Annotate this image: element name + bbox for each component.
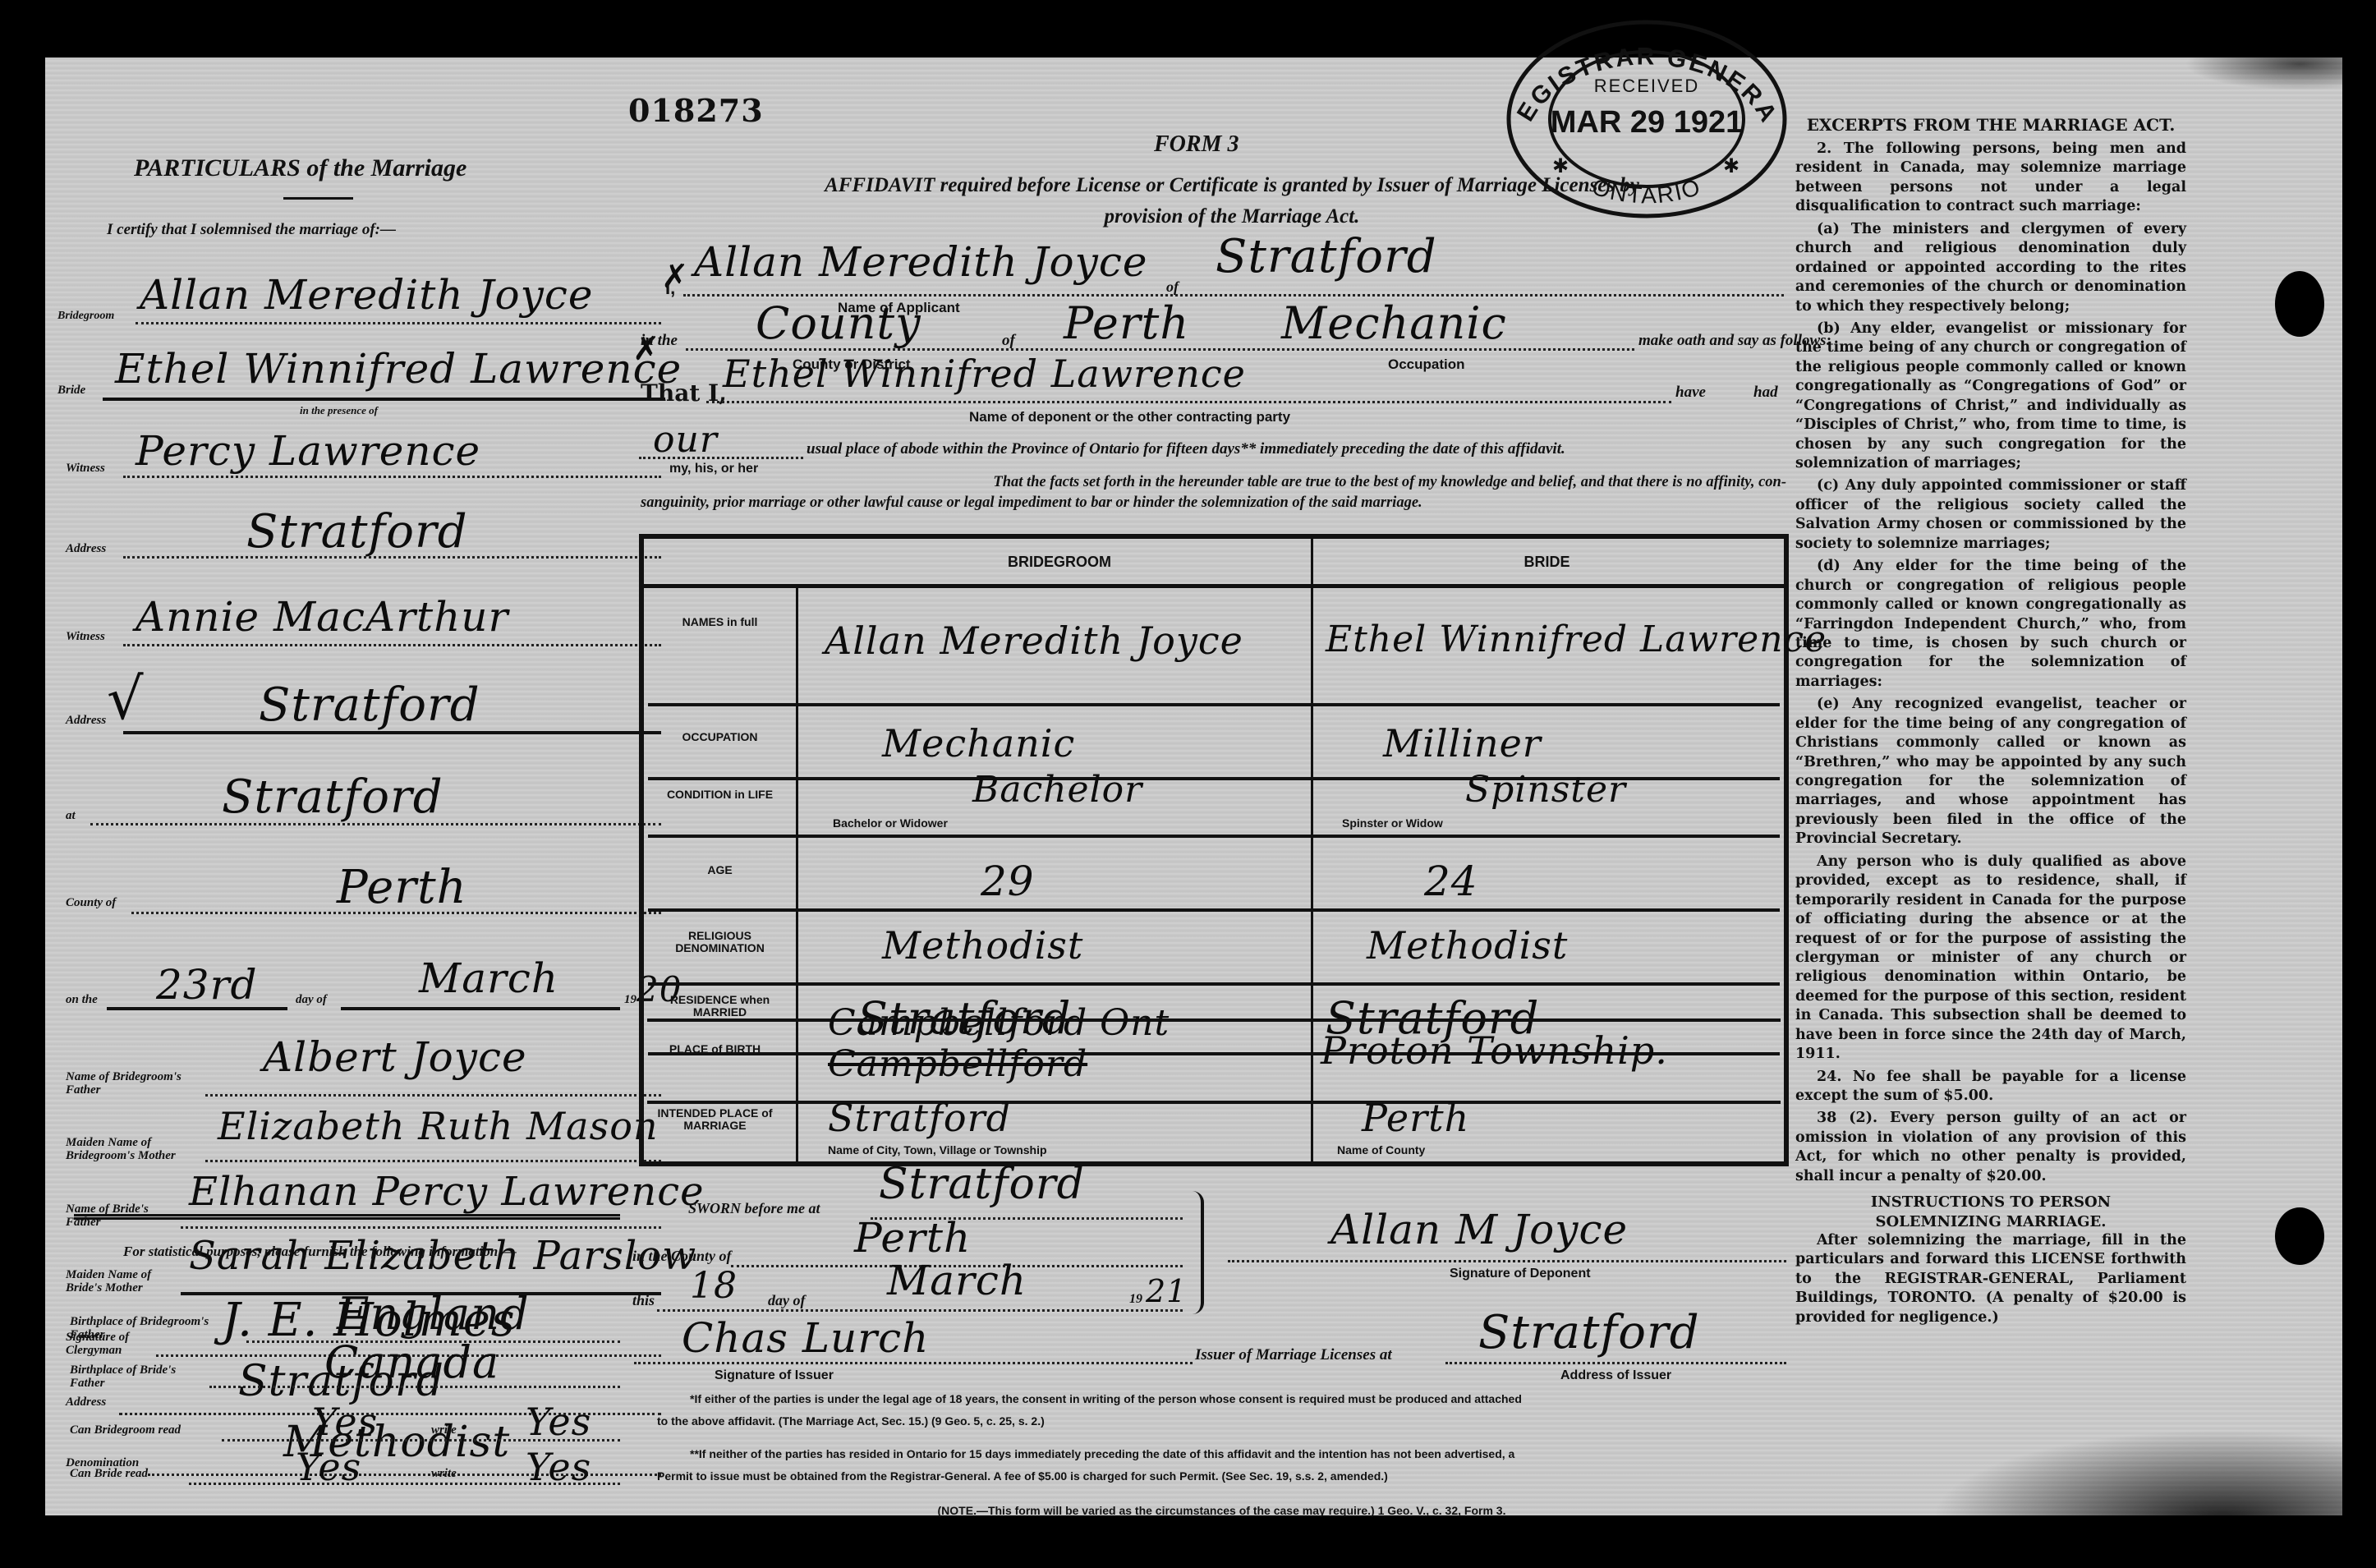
bridegroom-father-value: Albert Joyce (263, 1033, 527, 1081)
bride-mother-label: Maiden Name of Bride's Mother (66, 1269, 181, 1295)
bridegroom-father-field: Name of Bridegroom's Father Albert Joyce (57, 1051, 682, 1109)
bride-mother-value: Sarah Elizabeth Parslow (189, 1233, 696, 1279)
marriage-day-value: 23rd (156, 961, 258, 1009)
in-presence-label: in the presence of (300, 405, 378, 416)
bridegroom-mother-label: Maiden Name of Bridegroom's Mother (66, 1137, 205, 1163)
year-prefix: 19 (624, 994, 637, 1007)
witness-2-value: Annie MacArthur (136, 593, 508, 641)
denomination-label: Denomination (66, 1457, 139, 1470)
day-of-label: day of (296, 994, 327, 1007)
bridegroom-father-label: Name of Bridegroom's Father (66, 1071, 205, 1097)
bridegroom-mother-field: Maiden Name of Bridegroom's Mother Eliza… (57, 1117, 682, 1175)
bridegroom-value: Allan Meredith Joyce (140, 271, 593, 319)
place-value: Stratford (222, 770, 443, 824)
bride-field: Bride Ethel Winnifred Lawrence in the pr… (57, 345, 632, 411)
county-label: County of (66, 897, 116, 910)
witness-1-field: Witness Percy Lawrence (57, 431, 665, 489)
certify-text: I certify that I solemnised the marriage… (107, 222, 396, 238)
clergyman-signature-value: J. E. Holmes (222, 1294, 516, 1347)
witness-1-address-value: Stratford (246, 505, 468, 559)
bride-value: Ethel Winnifred Lawrence (115, 345, 682, 393)
witness-1-value: Percy Lawrence (136, 427, 480, 475)
witness-label: Witness (66, 462, 105, 476)
marriage-year-value: 20 (637, 969, 682, 1009)
particulars-title: PARTICULARS of the Marriage (134, 154, 466, 182)
check-mark-icon: ✗ (661, 258, 690, 296)
clergyman-address-value: Stratford (238, 1357, 444, 1406)
on-the-label: on the (66, 994, 98, 1007)
denomination-value: Methodist (283, 1418, 510, 1467)
witness-1-address-field: Address Stratford (57, 522, 665, 579)
bridegroom-field: Bridegroom Allan Meredith Joyce ✗ (57, 271, 632, 329)
place-field: at Stratford (57, 789, 665, 846)
bridegroom-label: Bridegroom (57, 310, 114, 323)
address-label: Address (66, 715, 106, 728)
marriage-date-field: on the 23rd day of March 19 20 (57, 969, 682, 1027)
marriage-registration-form: PARTICULARS of the Marriage I certify th… (45, 57, 2342, 1515)
denomination-field: Denomination Methodist (57, 1446, 682, 1495)
clergyman-address-label: Address (66, 1396, 106, 1409)
county-field: County of Perth (57, 879, 665, 936)
check-mark-icon: ✗ (632, 330, 661, 368)
clergyman-label: Signature of Clergyman (66, 1331, 181, 1358)
bride-label: Bride (57, 384, 85, 398)
bride-father-label: Name of Bride's Father (66, 1203, 181, 1230)
check-mark-icon: √ (107, 665, 145, 733)
witness-2-address-field: Address √ Stratford (57, 698, 665, 756)
witness-2-address-value: Stratford (259, 678, 480, 732)
witness-label: Witness (66, 631, 105, 644)
marriage-month-value: March (419, 954, 558, 1002)
bride-father-value: Elhanan Percy Lawrence (189, 1169, 705, 1215)
bridegroom-mother-value: Elizabeth Ruth Mason (218, 1104, 659, 1148)
address-label: Address (66, 543, 106, 556)
witness-2-field: Witness Annie MacArthur (57, 608, 665, 665)
at-label: at (66, 810, 76, 823)
title-rule (283, 197, 353, 200)
county-value: Perth (337, 861, 467, 914)
